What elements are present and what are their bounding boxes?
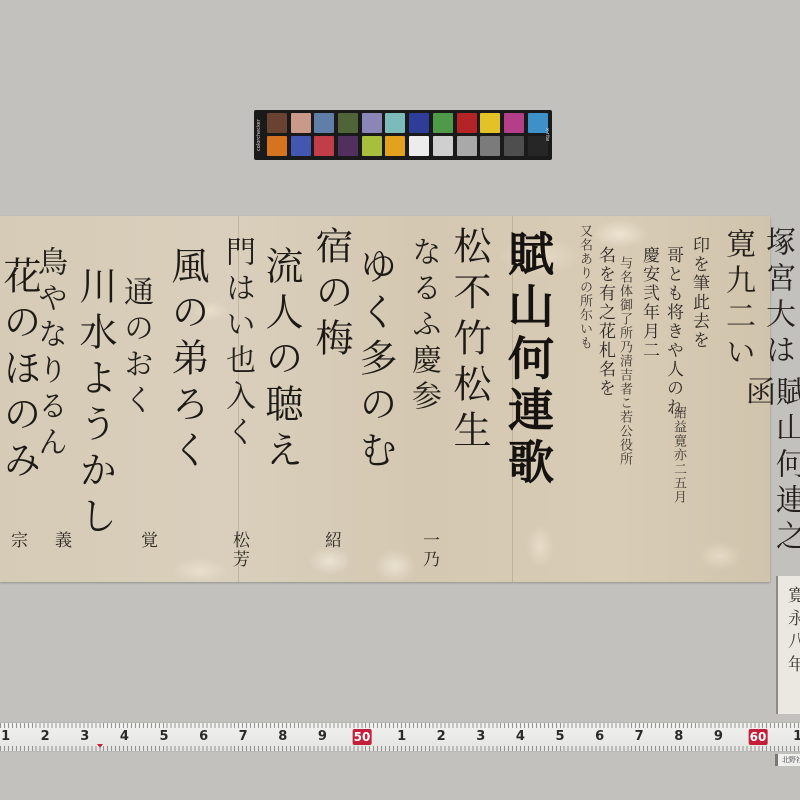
slip-text: 寛永八年 [782, 586, 800, 678]
color-swatch [457, 113, 477, 133]
poet-signature: 宗 [8, 531, 25, 550]
ruler-minor-label: 5 [555, 729, 564, 744]
calligraphy-column: 門はい也入く [222, 236, 252, 452]
color-swatch [267, 136, 287, 156]
color-swatch [314, 136, 334, 156]
color-swatch [433, 113, 453, 133]
poet-signature: 義 [52, 531, 69, 550]
ruler-major-label: 50 [353, 729, 372, 745]
color-swatch [504, 113, 524, 133]
ruler-ticks-bottom [0, 746, 800, 751]
x-rite-logo: x-rite [542, 124, 550, 146]
ruler-numbers: 1234567895012345678960123456789701234567… [0, 729, 800, 745]
ruler-minor-label: 8 [674, 729, 683, 744]
calligraphy-column: 宿の梅 [312, 226, 350, 364]
ruler-minor-label: 8 [278, 729, 287, 744]
color-swatch [338, 136, 358, 156]
poet-signature: 覚 [138, 531, 155, 550]
color-swatch [385, 136, 405, 156]
color-swatch [504, 136, 524, 156]
color-checker-brand: colorchecker [256, 114, 266, 156]
color-swatch [457, 136, 477, 156]
ruler-major-label: 60 [749, 729, 768, 745]
ruler-minor-label: 9 [714, 729, 723, 744]
calligraphy-column: 与名体御了所乃清吉者こ若公役所 [618, 256, 631, 466]
calligraphy-column: 寛九二い [722, 228, 752, 372]
attached-paper-slip: 寛永八年 [776, 576, 800, 714]
ruler-minor-label: 3 [80, 729, 89, 744]
color-swatch-grid [267, 113, 548, 156]
poet-signature: 一乃 [420, 531, 437, 569]
ruler-minor-label: 5 [159, 729, 168, 744]
calligraphy-column: 又名ありの所尓いも [578, 224, 591, 350]
ruler-minor-label: 9 [318, 729, 327, 744]
calligraphy-column: 哥とも将きや人のれ [664, 246, 681, 417]
calligraphy-column: 花のほのみ [0, 256, 38, 486]
color-swatch [433, 136, 453, 156]
ruler-minor-label: 7 [239, 729, 248, 744]
calligraphy-column: 松不竹松生 [450, 226, 488, 456]
color-swatch [409, 136, 429, 156]
ruler-minor-label: 3 [476, 729, 485, 744]
ruler-minor-label: 6 [595, 729, 604, 744]
renga-scroll-document: 賦山何連歌 塚宮大は寛九二い印を筆此去を哥とも将きや人のれ賦山何連之函慶安弐年月… [0, 216, 770, 582]
calligraphy-column: 塚宮大は [762, 226, 792, 370]
color-swatch [480, 113, 500, 133]
calligraphy-column: 紹益寛亦二五月 [672, 406, 685, 504]
calligraphy-column: 通のおく [120, 276, 150, 420]
calligraphy-column: なるふ慶参 [408, 236, 438, 416]
calligraphy-column: 慶安弐年月二 [640, 246, 657, 360]
calligraphy-column: 風の弟ろく [168, 246, 206, 476]
calligraphy-column: ゆく多のむ [356, 246, 394, 476]
color-swatch [480, 136, 500, 156]
ruler-minor-label: 1 [793, 729, 800, 744]
color-swatch [385, 113, 405, 133]
color-swatch [291, 136, 311, 156]
calligraphy-column: 賦山何連之函 [742, 376, 800, 582]
calligraphy-column: 名を有之花札名を [596, 246, 613, 398]
calligraphy-column: 流人の聴え [262, 246, 300, 476]
color-swatch [338, 113, 358, 133]
color-swatch [267, 113, 287, 133]
poet-signature: 松芳 [230, 531, 247, 569]
ruler-minor-label: 1 [397, 729, 406, 744]
ruler-minor-label: 4 [120, 729, 129, 744]
ruler-minor-label: 1 [1, 729, 10, 744]
institution-label: 北野社 [775, 754, 800, 766]
ruler-minor-label: 4 [516, 729, 525, 744]
color-checker-card: colorchecker x-rite [254, 110, 552, 160]
color-swatch [314, 113, 334, 133]
ruler-minor-label: 2 [437, 729, 446, 744]
color-swatch [362, 113, 382, 133]
document-title: 賦山何連歌 [505, 230, 551, 490]
ruler-minor-label: 7 [635, 729, 644, 744]
color-swatch [362, 136, 382, 156]
ruler-ticks-top [0, 723, 800, 728]
measuring-ruler: 1234567895012345678960123456789701234567… [0, 722, 800, 752]
calligraphy-column: 川水ようかし [76, 266, 114, 542]
color-swatch [409, 113, 429, 133]
color-swatch [291, 113, 311, 133]
ruler-minor-label: 6 [199, 729, 208, 744]
ruler-minor-label: 2 [41, 729, 50, 744]
poet-signature: 紹 [322, 531, 339, 550]
calligraphy-column: 印を筆此去を [690, 236, 707, 350]
